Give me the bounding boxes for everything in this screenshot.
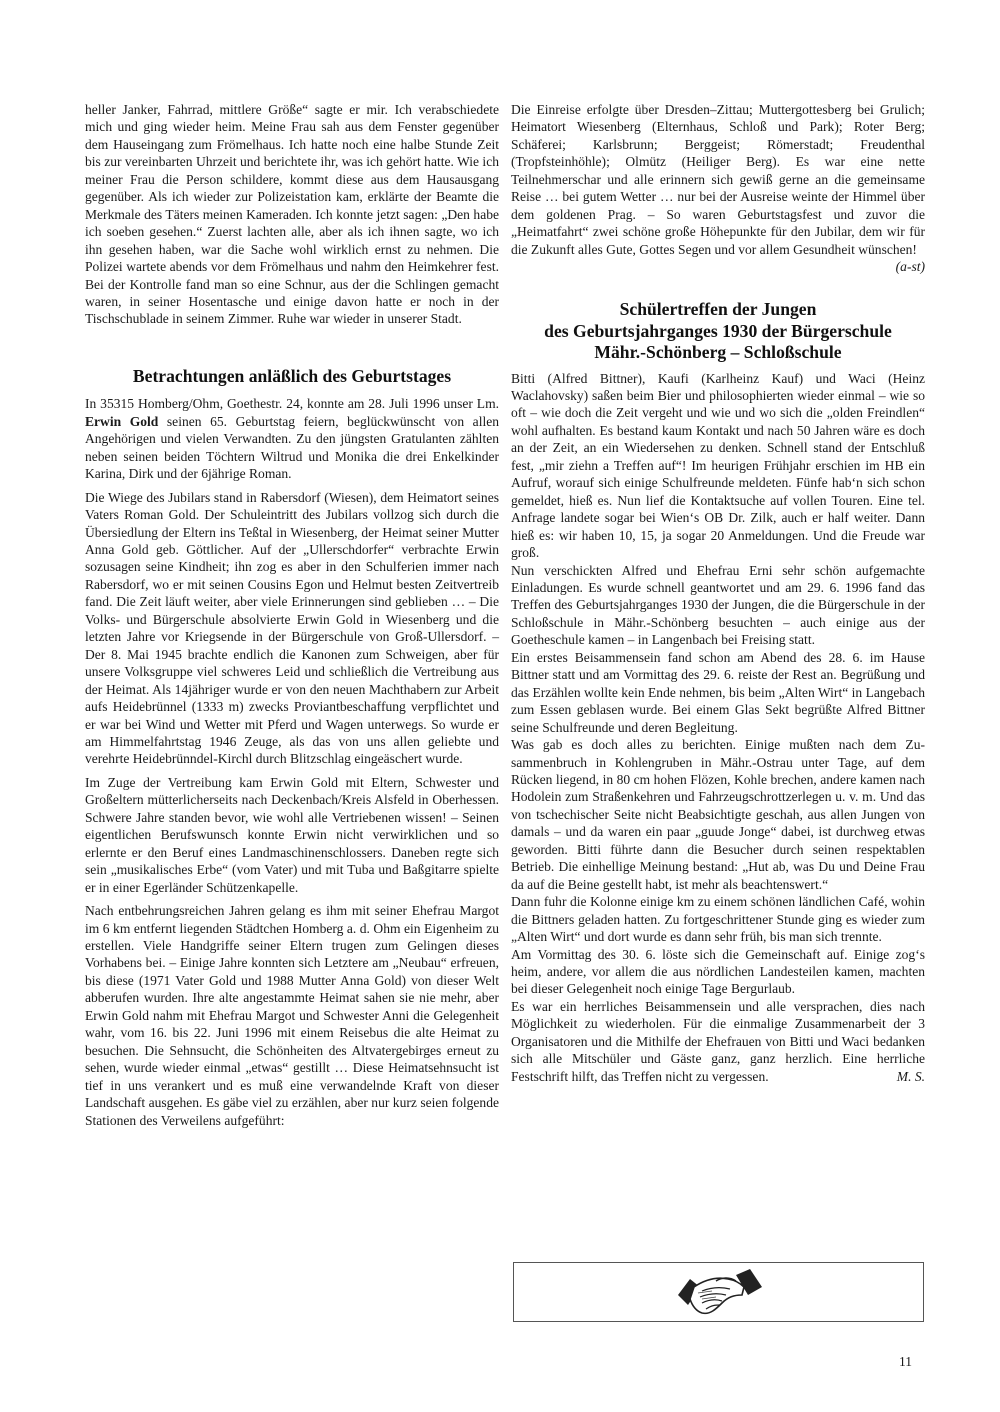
handshake-figure (513, 1262, 924, 1322)
reunion-paragraph-4: Was gab es doch alles zu berichten. Eini… (511, 736, 925, 893)
article-title-school-reunion: Schülertreffen der Jungen des Geburtsjah… (511, 299, 925, 364)
birthday-paragraph-2: Die Wiege des Jubilars stand in Rabersdo… (85, 489, 499, 768)
stations-text: Die Einreise erfolgte über Dresden–Zitta… (511, 102, 925, 257)
left-column: heller Janker, Fahrrad, mittlere Größe“ … (85, 101, 499, 1129)
author-signature-a-st: (a-st) (896, 258, 925, 275)
birthday-p1-intro: In 35315 Homberg/Ohm, Goethestr. 24, kon… (85, 396, 499, 411)
title-line-2: des Geburtsjahrganges 1930 der Bürgersch… (511, 321, 925, 343)
story-continuation: heller Janker, Fahrrad, mittlere Größe“ … (85, 101, 499, 328)
reunion-paragraph-3: Ein erstes Beisammensein fand schon am A… (511, 649, 925, 736)
reunion-paragraph-1: Bitti (Alfred Bittner), Kaufi (Karlheinz… (511, 370, 925, 562)
jubilar-name: Erwin Gold (85, 414, 158, 429)
title-line-3: Mähr.-Schönberg – Schloßschule (511, 342, 925, 364)
right-column: Die Einreise erfolgte über Dresden–Zitta… (511, 101, 925, 1085)
reunion-paragraph-5: Dann fuhr die Kolonne einige km zu einem… (511, 893, 925, 945)
reunion-closing-text: Es war ein herrliches Beisammensein und … (511, 999, 925, 1084)
birthday-paragraph-3: Im Zuge der Vertreibung kam Erwin Gold m… (85, 774, 499, 896)
reunion-paragraph-7: Es war ein herrliches Beisammensein und … (511, 998, 925, 1085)
birthday-paragraph-4: Nach entbehrungsreichen Jahren gelang es… (85, 902, 499, 1129)
title-line-1: Schülertreffen der Jungen (511, 299, 925, 321)
reunion-paragraph-2: Nun verschickten Alfred und Ehefrau Erni… (511, 562, 925, 649)
article-title-birthday: Betrachtungen anläßlich des Geburtstages (85, 366, 499, 388)
birthday-paragraph-1: In 35315 Homberg/Ohm, Goethestr. 24, kon… (85, 395, 499, 482)
birthday-article-continuation: Die Einreise erfolgte über Dresden–Zitta… (511, 101, 925, 258)
page-number: 11 (899, 1354, 912, 1370)
handshake-icon (672, 1265, 768, 1321)
author-signature-ms: M. S. (897, 1068, 925, 1085)
reunion-paragraph-6: Am Vormittag des 30. 6. löste sich die G… (511, 946, 925, 998)
